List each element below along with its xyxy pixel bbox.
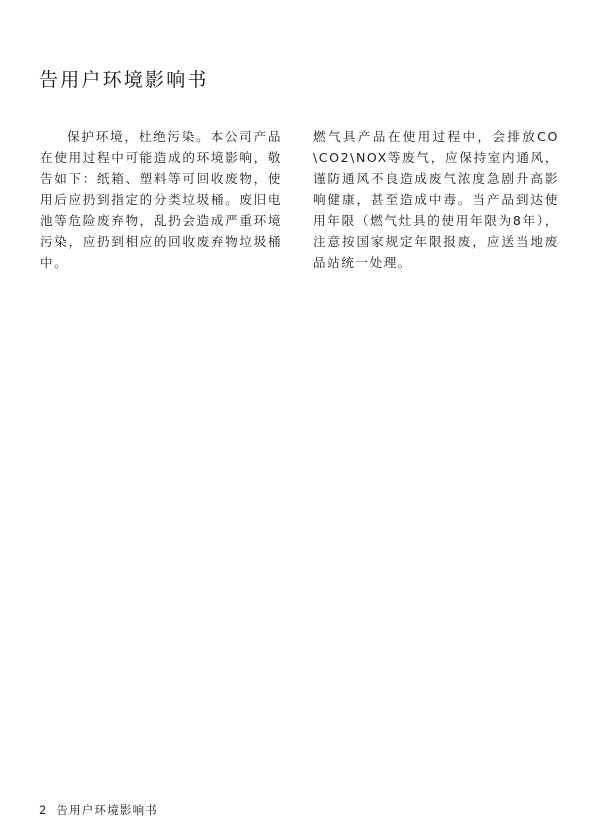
environmental-notice-paragraph: 保护环境，杜绝污染。本公司产品在使用过程中可能造成的环境影响，敬告如下：纸箱、塑… [40,126,282,273]
gas-appliance-emission-paragraph: 燃气具产品在使用过程中，会排放CO\CO2\NOX等废气，应保持室内通风，谨防通… [313,126,559,273]
page-footer: 2 告用户环境影响书 [39,802,158,818]
running-title: 告用户环境影响书 [56,803,158,817]
page-number: 2 [39,803,48,817]
page-title: 告用户环境影响书 [39,66,209,94]
